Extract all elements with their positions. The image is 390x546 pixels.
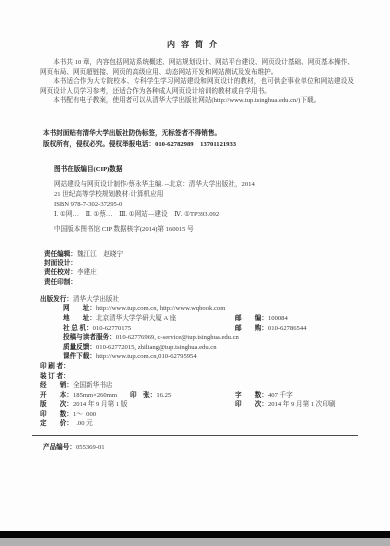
summary-paragraph: 本书配有电子教案，使用者可以从清华大学出版社网站(http://www.tup.… (40, 96, 354, 106)
field-value: 010-62772015, zhiliang@tup.tsinghua.edu.… (96, 344, 217, 351)
website-url: http://www.tup.com.cn, http://www.wqbook… (96, 305, 225, 312)
field-label: 地 址： (63, 315, 96, 322)
cip-isbn-line: ISBN 978-7-302-37295-0 (54, 200, 390, 210)
bottom-gray-bar (0, 538, 390, 546)
divider (32, 435, 358, 436)
field-value: 010-62770175 (93, 325, 131, 332)
field-value: 2014 年 9 月第 1 版 (73, 401, 127, 408)
cip-title: 图书在版编目(CIP)数据 (54, 165, 390, 175)
staff-row: 责任印制： (44, 278, 390, 287)
field-value: 16.25 (156, 392, 171, 399)
copyright-page: 内容简介 本书共 10 章，内容包括网站系统概述、网站规划设计、网站平台建设、网… (0, 0, 390, 546)
field-label: 网 址： (63, 305, 96, 312)
staff-credits: 责任编辑：魏江江 赵晓宁 封面设计： 责任校对：李建庄 责任印制： (44, 250, 390, 287)
staff-label: 责任校对： (44, 269, 77, 276)
field-label: 邮 购： (235, 325, 268, 332)
right-column: 邮 编：100084 (235, 314, 288, 324)
cip-block: 图书在版编目(CIP)数据 网站建设与网页设计制作/蔡永华主编. --北京：清华… (54, 165, 390, 235)
publisher-row: 质量反馈：010-62772015, zhiliang@tup.tsinghua… (40, 343, 390, 353)
right-column: 印 次：2014 年 9 月第 1 次印刷 (235, 400, 336, 410)
publisher-block: 出版发行：清华大学出版社 网 址：http://www.tup.com.cn, … (40, 295, 390, 429)
product-number-label: 产品编号： (43, 444, 76, 451)
field-value: 100084 (268, 315, 288, 322)
cip-classification-line: Ⅰ. ①网… Ⅱ. ①蔡… Ⅲ. ①网站—建设 Ⅳ. ①TP393.092 (54, 210, 390, 220)
field-label: 开 本： (40, 392, 73, 399)
field-value: 1～ 000 (73, 411, 96, 418)
staff-row: 责任校对：李建庄 (44, 268, 390, 277)
field-label: 社 总 机： (63, 325, 93, 332)
right-column: 字 数：407 千字 (235, 391, 293, 401)
field-label: 字 数： (235, 392, 268, 399)
staff-value: 李建庄 (77, 269, 97, 276)
product-number: 产品编号：055369-01 (43, 441, 390, 451)
publisher-row: 课件下载：http://www.tup.com.cn,010-62795954 (40, 352, 390, 362)
field-label: 定 价： (40, 420, 73, 427)
courseware-url: http://www.tup.com.cn,010-62795954 (96, 353, 197, 360)
publisher-row: 装 订 者： (40, 372, 390, 382)
field-label: 邮 编： (235, 315, 268, 322)
publisher-row: 开 本：185mm×260mm印 张：16.25字 数：407 千字 (40, 391, 390, 401)
field-value: 北京清华大学学研大厦 A 座 (96, 315, 176, 322)
right-column: 邮 购：010-62786544 (235, 324, 306, 334)
field-value: 010-62786544 (268, 325, 306, 332)
publisher-row: 社 总 机：010-62770175邮 购：010-62786544 (40, 324, 390, 334)
publisher-row: 出版发行：清华大学出版社 (40, 295, 390, 305)
cip-series-line: 21 世纪高等学校规划教材·计算机应用 (54, 190, 390, 200)
field-label: 投稿与读者服务： (63, 334, 116, 341)
field-label: 课件下载： (63, 353, 96, 360)
field-label: 经 销： (40, 382, 73, 389)
staff-row: 责任编辑：魏江江 赵晓宁 (44, 250, 390, 259)
publisher-row: 投稿与读者服务：010-62776969, c-service@tup.tsin… (40, 333, 390, 343)
field-label: 印 刷 者： (40, 363, 70, 370)
notice-line: 本书封面贴有清华大学出版社防伪标签，无标签者不得销售。 (43, 129, 360, 140)
field-value: 清华大学出版社 (73, 296, 119, 303)
cip-book-line: 网站建设与网页设计制作/蔡永华主编. --北京：清华大学出版社，2014 (54, 180, 390, 190)
field-label: 印 次： (235, 401, 268, 408)
anti-piracy-notice: 本书封面贴有清华大学出版社防伪标签，无标签者不得销售。 版权所有，侵权必究。侵权… (43, 129, 360, 150)
publisher-row: 版 次：2014 年 9 月第 1 版印 次：2014 年 9 月第 1 次印刷 (40, 400, 390, 410)
bottom-black-bar (0, 531, 390, 538)
field-value: 2014 年 9 月第 1 次印刷 (268, 401, 336, 408)
notice-line: 版权所有，侵权必究。侵权举报电话：010-62782989 1370112193… (43, 140, 360, 151)
field-label: 版 次： (40, 401, 73, 408)
field-label: 质量反馈： (63, 344, 96, 351)
summary-block: 本书共 10 章，内容包括网站系统概述、网站规划设计、网站平台建设、网页设计基础… (40, 58, 354, 106)
summary-title: 内容简介 (0, 0, 390, 50)
field-label: 出版发行： (40, 296, 73, 303)
field-value: 407 千字 (268, 392, 293, 399)
field-label: 印 张： (130, 392, 156, 399)
summary-paragraph: 本书共 10 章，内容包括网站系统概述、网站规划设计、网站平台建设、网页设计基础… (40, 58, 354, 77)
publisher-row: 经 销：全国新华书店 (40, 381, 390, 391)
field-value: 全国新华书店 (73, 382, 113, 389)
staff-label: 封面设计： (44, 260, 77, 267)
field-label: 印 数： (40, 411, 73, 418)
staff-label: 责任编辑： (44, 251, 77, 258)
publisher-row: 定 价： .00 元 (40, 419, 390, 429)
cip-registry-line: 中国版本图书馆 CIP 数据核字(2014)第 160015 号 (54, 225, 390, 235)
publisher-row: 地 址：北京清华大学学研大厦 A 座邮 编：100084 (40, 314, 390, 324)
staff-row: 封面设计： (44, 259, 390, 268)
summary-paragraph: 本书适合作为大专院校本、专科学生学习网站建设和网页设计的教材，也可供企事业单位和… (40, 77, 354, 96)
publisher-row: 印 数：1～ 000 (40, 410, 390, 420)
field-value: .00 元 (73, 420, 93, 427)
field-label: 装 订 者： (40, 373, 70, 380)
field-value: 185mm×260mm (73, 392, 117, 399)
staff-label: 责任印制： (44, 279, 77, 286)
staff-value: 魏江江 赵晓宁 (77, 251, 123, 258)
product-number-value: 055369-01 (76, 444, 105, 451)
publisher-row: 网 址：http://www.tup.com.cn, http://www.wq… (40, 304, 390, 314)
field-value: 010-62776969, c-service@tup.tsinghua.edu… (116, 334, 239, 341)
publisher-row: 印 刷 者： (40, 362, 390, 372)
